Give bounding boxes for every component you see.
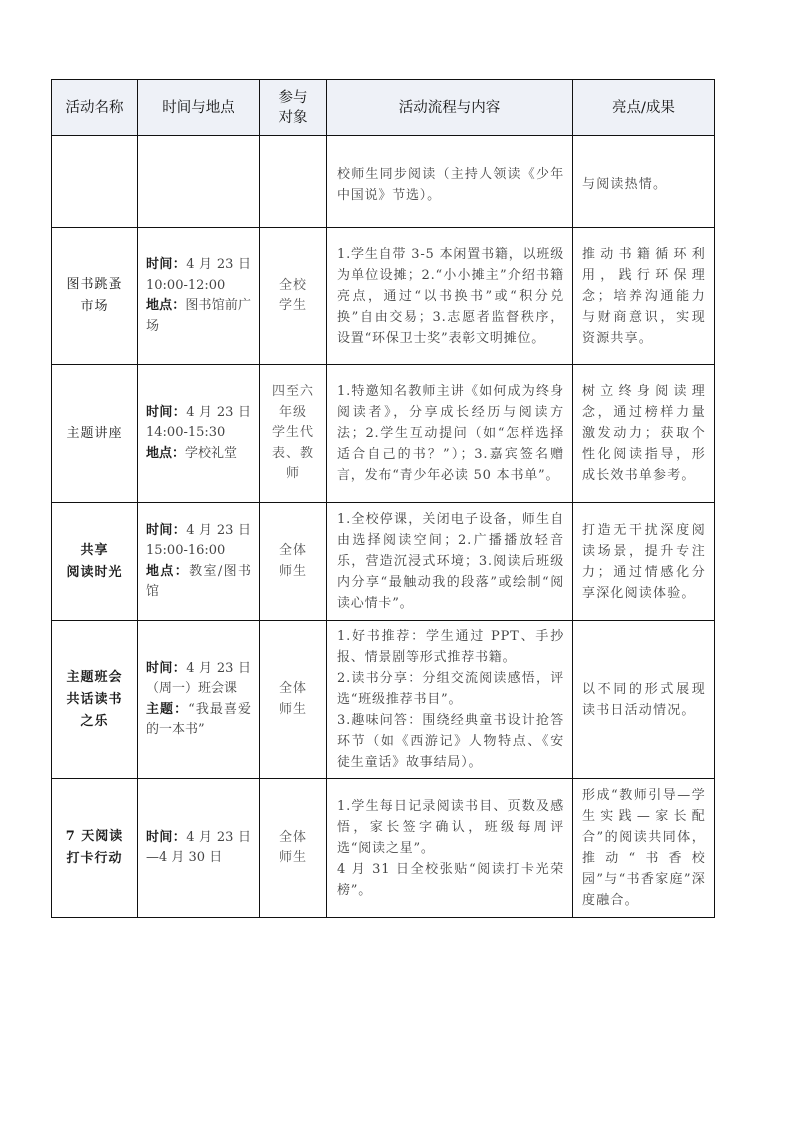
table-row: 主题讲座 时间：4 月 23 日 14:00-15:30 地点：学校礼堂 四至六… xyxy=(52,365,715,503)
header-participants: 参与 对象 xyxy=(260,80,327,136)
table-row: 图书跳蚤 市场 时间：4 月 23 日 10:00-12:00 地点：图书馆前广… xyxy=(52,228,715,365)
cell-participants: 全校 学生 xyxy=(260,228,327,365)
place-label: 地点： xyxy=(146,446,185,461)
time-label: 时间： xyxy=(146,661,186,676)
table-row: 7 天阅读 打卡行动 时间：4 月 23 日—4 月 30 日 全体 师生 1.… xyxy=(52,779,715,918)
header-activity-name: 活动名称 xyxy=(52,80,138,136)
cell-name-empty xyxy=(52,136,138,228)
header-time-place: 时间与地点 xyxy=(138,80,260,136)
cell-participants: 全体 师生 xyxy=(260,503,327,621)
cell-highlights: 树立终身阅读理念，通过榜样力量激发动力；获取个性化阅读指导，形成长效书单参考。 xyxy=(573,365,715,503)
flow-item: 3.趣味问答：围绕经典童书设计抢答环节（如《西游记》人物特点、《安徒生童话》故事… xyxy=(337,710,564,773)
participants-line: 师生 xyxy=(266,848,320,869)
cell-activity-name: 图书跳蚤 市场 xyxy=(52,228,138,365)
cell-flow: 1.特邀知名教师主讲《如何成为终身阅读者》，分享成长经历与阅读方法；2.学生互动… xyxy=(327,365,573,503)
cell-flow: 1.学生每日记录阅读书目、页数及感悟，家长签字确认，班级每周评选“阅读之星”。 … xyxy=(327,779,573,918)
cell-highlights: 形成“教师引导—学生实践—家长配合”的阅读共同体，推动“书香校园”与“书香家庭”… xyxy=(573,779,715,918)
time-label: 时间： xyxy=(146,257,186,272)
participants-line: 学生 xyxy=(266,296,320,317)
cell-participants: 全体 师生 xyxy=(260,779,327,918)
header-flow: 活动流程与内容 xyxy=(327,80,573,136)
cell-participants: 四至六 年级 学生代 表、教 师 xyxy=(260,365,327,503)
cell-activity-name: 主题班会 共话读书 之乐 xyxy=(52,621,138,779)
table-row: 主题班会 共话读书 之乐 时间：4 月 23 日（周一）班会课 主题：“我最喜爱… xyxy=(52,621,715,779)
participants-line: 师生 xyxy=(266,562,320,583)
activity-name-line: 图书跳蚤 xyxy=(58,274,131,296)
activity-name-line: 市场 xyxy=(58,296,131,318)
participants-line: 年级 xyxy=(266,403,320,424)
flow-item: 4 月 31 日全校张贴“阅读打卡光荣榜”。 xyxy=(337,859,564,901)
participants-line: 全体 xyxy=(266,679,320,700)
cell-time-empty xyxy=(138,136,260,228)
participants-line: 全校 xyxy=(266,276,320,297)
cell-time-place: 时间：4 月 23 日 10:00-12:00 地点：图书馆前广场 xyxy=(138,228,260,365)
participants-line: 学生代 xyxy=(266,423,320,444)
activity-name-line: 之乐 xyxy=(58,711,131,733)
participants-line: 全体 xyxy=(266,541,320,562)
cell-time-place: 时间：4 月 23 日 14:00-15:30 地点：学校礼堂 xyxy=(138,365,260,503)
activity-name-line: 共话读书 xyxy=(58,689,131,711)
cell-participants: 全体 师生 xyxy=(260,621,327,779)
participants-line: 师生 xyxy=(266,700,320,721)
cell-flow: 1.全校停课，关闭电子设备，师生自由选择阅读空间；2.广播播放轻音乐，营造沉浸式… xyxy=(327,503,573,621)
cell-time-place: 时间：4 月 23 日—4 月 30 日 xyxy=(138,779,260,918)
cell-flow: 校师生同步阅读（主持人领读《少年中国说》节选）。 xyxy=(327,136,573,228)
place-label: 地点： xyxy=(146,564,189,579)
activity-name-line: 主题班会 xyxy=(58,667,131,689)
activity-name-line: 主题讲座 xyxy=(58,423,131,445)
time-label: 时间： xyxy=(146,523,186,538)
cell-highlights: 以不同的形式展现读书日活动情况。 xyxy=(573,621,715,779)
cell-flow: 1.好书推荐：学生通过 PPT、手抄报、情景剧等形式推荐书籍。 2.读书分享：分… xyxy=(327,621,573,779)
header-participants-line1: 参与 xyxy=(260,88,326,108)
cell-time-place: 时间：4 月 23 日 15:00-16:00 地点：教室/图书馆 xyxy=(138,503,260,621)
theme-label: 主题： xyxy=(146,702,188,717)
cell-time-place: 时间：4 月 23 日（周一）班会课 主题：“我最喜爱的一本书” xyxy=(138,621,260,779)
cell-flow: 1.学生自带 3-5 本闲置书籍，以班级为单位设摊；2.“小小摊主”介绍书籍亮点… xyxy=(327,228,573,365)
cell-activity-name: 主题讲座 xyxy=(52,365,138,503)
table-row: 共享 阅读时光 时间：4 月 23 日 15:00-16:00 地点：教室/图书… xyxy=(52,503,715,621)
participants-line: 表、教 xyxy=(266,444,320,465)
header-participants-line2: 对象 xyxy=(260,108,326,128)
cell-highlights: 打造无干扰深度阅读场景，提升专注力；通过情感化分享深化阅读体验。 xyxy=(573,503,715,621)
activity-name-line: 共享 xyxy=(58,540,131,562)
activity-name-line: 打卡行动 xyxy=(58,848,131,870)
cell-participants-empty xyxy=(260,136,327,228)
participants-line: 四至六 xyxy=(266,382,320,403)
place-value: 学校礼堂 xyxy=(185,446,237,461)
activity-plan-table: 活动名称 时间与地点 参与 对象 活动流程与内容 亮点/成果 校师生同步阅读（主… xyxy=(51,79,715,918)
header-highlights: 亮点/成果 xyxy=(573,80,715,136)
document-page: 活动名称 时间与地点 参与 对象 活动流程与内容 亮点/成果 校师生同步阅读（主… xyxy=(0,0,793,1122)
table-row-continuation: 校师生同步阅读（主持人领读《少年中国说》节选）。 与阅读热情。 xyxy=(52,136,715,228)
cell-activity-name: 共享 阅读时光 xyxy=(52,503,138,621)
flow-item: 1.好书推荐：学生通过 PPT、手抄报、情景剧等形式推荐书籍。 xyxy=(337,626,564,668)
time-label: 时间： xyxy=(146,830,186,845)
cell-activity-name: 7 天阅读 打卡行动 xyxy=(52,779,138,918)
cell-highlights: 推动书籍循环利用，践行环保理念；培养沟通能力与财商意识，实现资源共享。 xyxy=(573,228,715,365)
flow-item: 2.读书分享：分组交流阅读感悟，评选“班级推荐书目”。 xyxy=(337,668,564,710)
place-label: 地点： xyxy=(146,298,185,313)
participants-line: 师 xyxy=(266,464,320,485)
flow-item: 1.学生每日记录阅读书目、页数及感悟，家长签字确认，班级每周评选“阅读之星”。 xyxy=(337,796,564,859)
cell-highlights: 与阅读热情。 xyxy=(573,136,715,228)
time-label: 时间： xyxy=(146,405,186,420)
activity-name-line: 阅读时光 xyxy=(58,562,131,584)
table-header-row: 活动名称 时间与地点 参与 对象 活动流程与内容 亮点/成果 xyxy=(52,80,715,136)
activity-name-line: 7 天阅读 xyxy=(58,826,131,848)
participants-line: 全体 xyxy=(266,828,320,849)
